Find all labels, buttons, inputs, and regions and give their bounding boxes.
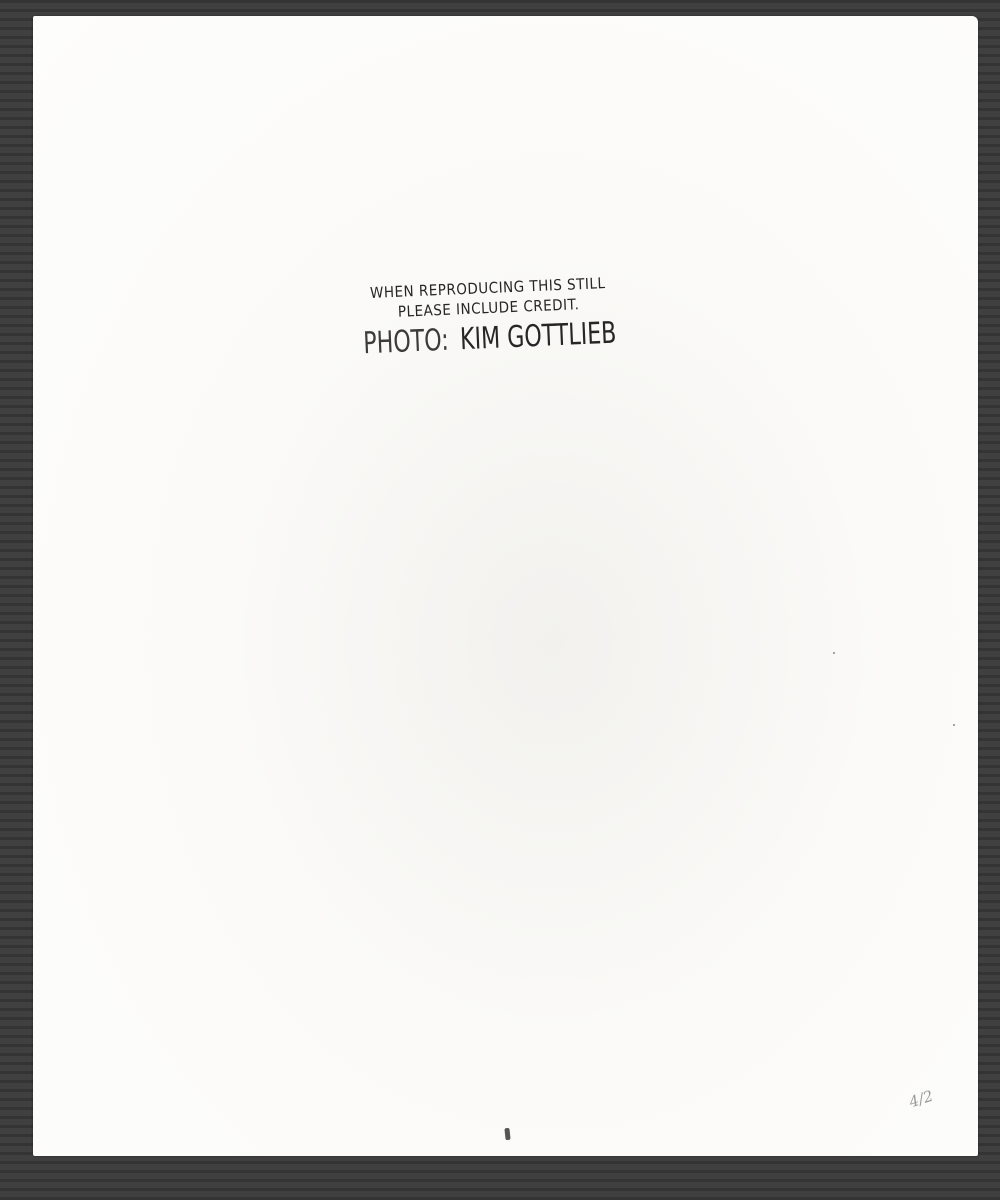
photo-paper-back: WHEN REPRODUCING THIS STILL PLEASE INCLU… <box>33 16 978 1156</box>
pencil-annotation: 4/2 <box>907 1087 936 1112</box>
paper-speck <box>833 652 835 654</box>
photographer-name: KIM GOTTLIEB <box>459 316 617 358</box>
ink-smudge <box>504 1128 510 1140</box>
credit-stamp: WHEN REPRODUCING THIS STILL PLEASE INCLU… <box>327 271 650 364</box>
stamp-photo-credit: PHOTO:KIM GOTTLIEB <box>358 315 622 364</box>
photo-credit-label: PHOTO: <box>363 323 450 362</box>
paper-speck <box>953 724 955 726</box>
